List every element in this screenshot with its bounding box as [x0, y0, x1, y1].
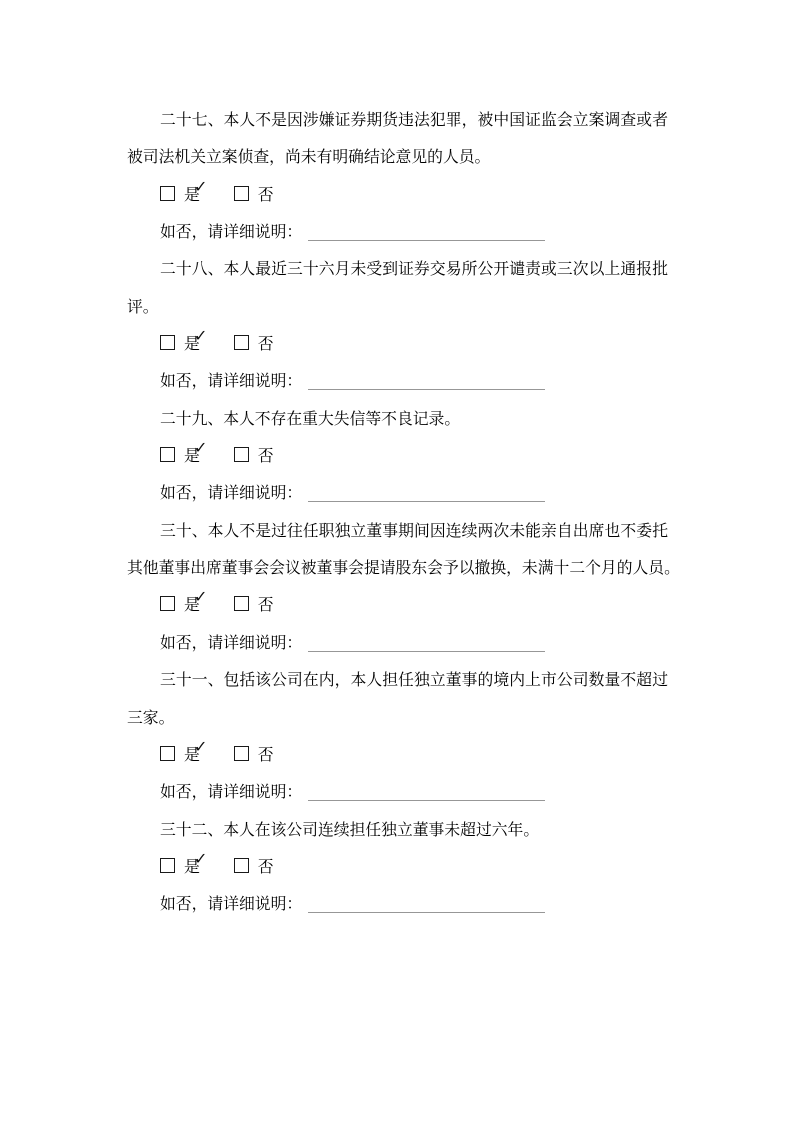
explanation-row: 如否，请详细说明：	[127, 774, 668, 811]
check-icon: ✓	[161, 739, 207, 755]
question-text-line: 二十八、本人最近三十六月未受到证券交易所公开谴责或三次以上通报批	[127, 251, 668, 288]
explanation-label: 如否，请详细说明：	[160, 635, 302, 652]
no-label: 否	[258, 448, 274, 465]
no-label: 否	[258, 597, 274, 614]
answer-row: ✓是 ✓否	[127, 737, 668, 774]
question-section-28: 二十八、本人最近三十六月未受到证券交易所公开谴责或三次以上通报批 评。 ✓是 ✓…	[127, 251, 668, 400]
explanation-label: 如否，请详细说明：	[160, 373, 302, 390]
yes-checkbox[interactable]: ✓	[160, 596, 175, 611]
question-text-line: 被司法机关立案侦查，尚未有明确结论意见的人员。	[127, 139, 668, 176]
question-text-line: 二十七、本人不是因涉嫌证券期货违法犯罪，被中国证监会立案调查或者	[127, 102, 668, 139]
explanation-row: 如否，请详细说明：	[127, 214, 668, 251]
explanation-row: 如否，请详细说明：	[127, 475, 668, 512]
answer-row: ✓是 ✓否	[127, 438, 668, 475]
question-section-29: 二十九、本人不存在重大失信等不良记录。 ✓是 ✓否 如否，请详细说明：	[127, 401, 668, 513]
no-checkbox[interactable]: ✓	[234, 447, 249, 462]
explanation-label: 如否，请详细说明：	[160, 896, 302, 913]
check-icon: ✓	[161, 589, 207, 605]
explanation-blank-line[interactable]	[308, 235, 545, 241]
questionnaire-content: 二十七、本人不是因涉嫌证券期货违法犯罪，被中国证监会立案调查或者 被司法机关立案…	[127, 102, 668, 924]
answer-row: ✓是 ✓否	[127, 326, 668, 363]
explanation-row: 如否，请详细说明：	[127, 625, 668, 662]
yes-checkbox[interactable]: ✓	[160, 335, 175, 350]
no-label: 否	[258, 747, 274, 764]
explanation-label: 如否，请详细说明：	[160, 224, 302, 241]
check-icon: ✓	[161, 851, 207, 867]
no-checkbox[interactable]: ✓	[234, 186, 249, 201]
question-section-32: 三十二、本人在该公司连续担任独立董事未超过六年。 ✓是 ✓否 如否，请详细说明：	[127, 812, 668, 924]
yes-checkbox[interactable]: ✓	[160, 447, 175, 462]
question-text-line: 其他董事出席董事会会议被董事会提请股东会予以撤换，未满十二个月的人员。	[127, 550, 668, 587]
no-label: 否	[258, 336, 274, 353]
question-text-line: 二十九、本人不存在重大失信等不良记录。	[127, 401, 668, 438]
question-section-31: 三十一、包括该公司在内，本人担任独立董事的境内上市公司数量不超过 三家。 ✓是 …	[127, 662, 668, 811]
yes-checkbox[interactable]: ✓	[160, 186, 175, 201]
answer-row: ✓是 ✓否	[127, 849, 668, 886]
explanation-blank-line[interactable]	[308, 795, 545, 801]
check-icon: ✓	[161, 440, 207, 456]
explanation-row: 如否，请详细说明：	[127, 886, 668, 923]
no-label: 否	[258, 859, 274, 876]
answer-row: ✓是 ✓否	[127, 587, 668, 624]
no-checkbox[interactable]: ✓	[234, 858, 249, 873]
answer-row: ✓是 ✓否	[127, 177, 668, 214]
explanation-blank-line[interactable]	[308, 646, 545, 652]
question-text-line: 三家。	[127, 700, 668, 737]
check-icon: ✓	[161, 179, 207, 195]
question-text-line: 三十一、包括该公司在内，本人担任独立董事的境内上市公司数量不超过	[127, 662, 668, 699]
question-section-30: 三十、本人不是过往任职独立董事期间因连续两次未能亲自出席也不委托 其他董事出席董…	[127, 513, 668, 662]
explanation-label: 如否，请详细说明：	[160, 784, 302, 801]
explanation-blank-line[interactable]	[308, 907, 545, 913]
no-label: 否	[258, 187, 274, 204]
question-section-27: 二十七、本人不是因涉嫌证券期货违法犯罪，被中国证监会立案调查或者 被司法机关立案…	[127, 102, 668, 251]
explanation-label: 如否，请详细说明：	[160, 485, 302, 502]
yes-checkbox[interactable]: ✓	[160, 858, 175, 873]
no-checkbox[interactable]: ✓	[234, 596, 249, 611]
explanation-blank-line[interactable]	[308, 496, 545, 502]
explanation-blank-line[interactable]	[308, 384, 545, 390]
question-text-line: 三十、本人不是过往任职独立董事期间因连续两次未能亲自出席也不委托	[127, 513, 668, 550]
document-page: 二十七、本人不是因涉嫌证券期货违法犯罪，被中国证监会立案调查或者 被司法机关立案…	[0, 0, 793, 1122]
explanation-row: 如否，请详细说明：	[127, 363, 668, 400]
yes-checkbox[interactable]: ✓	[160, 746, 175, 761]
question-text-line: 三十二、本人在该公司连续担任独立董事未超过六年。	[127, 812, 668, 849]
check-icon: ✓	[161, 328, 207, 344]
no-checkbox[interactable]: ✓	[234, 335, 249, 350]
no-checkbox[interactable]: ✓	[234, 746, 249, 761]
question-text-line: 评。	[127, 289, 668, 326]
